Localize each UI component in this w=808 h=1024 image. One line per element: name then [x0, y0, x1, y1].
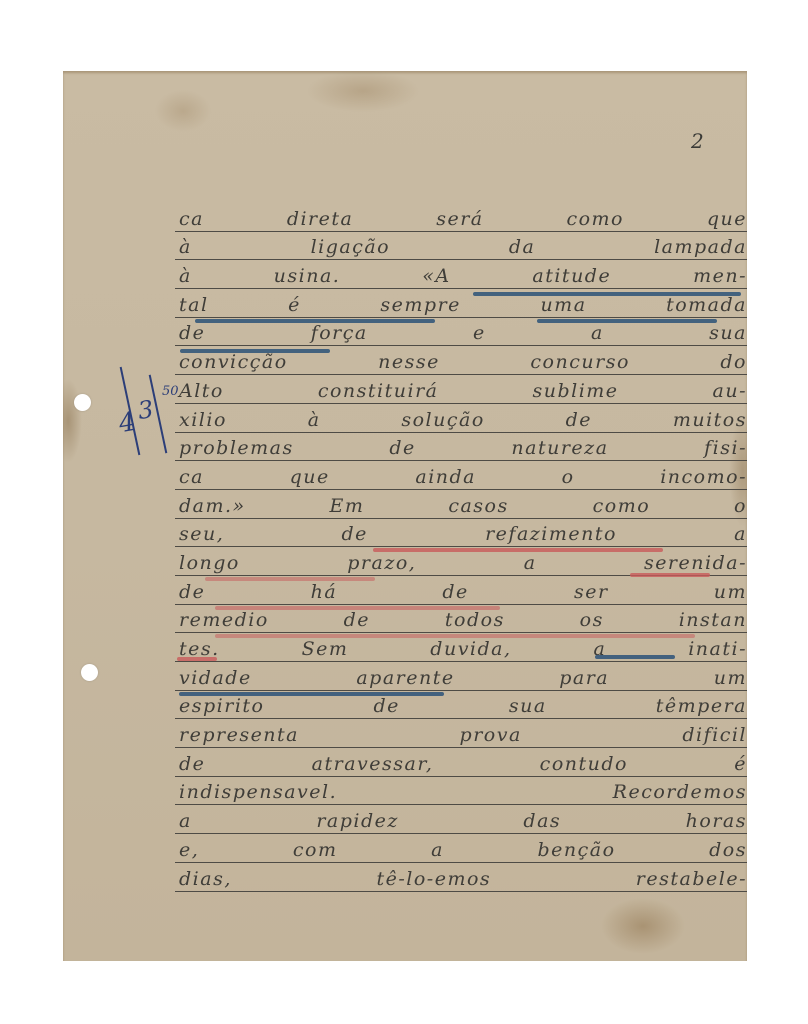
text-line: dias, tê-lo-emos restabele- [175, 863, 747, 892]
margin-date-annotation: 4 3 50 [93, 366, 173, 456]
text-line: à usina. «A atitude men- [175, 260, 747, 289]
text-line: convicção nesse concurso do [175, 346, 747, 375]
text-line: a rapidez das horas [175, 805, 747, 834]
date-month: 3 [136, 395, 155, 425]
text-line: xilio à solução de muitos [175, 404, 747, 433]
text-line: Alto constituirá sublime au- [175, 375, 747, 404]
text-line: vidade aparente para um [175, 662, 747, 691]
punch-hole-top [74, 394, 91, 411]
text-line: tes. Sem duvida, a inati- [175, 633, 747, 662]
text-line: longo prazo, a serenida- [175, 547, 747, 576]
text-line: ca que ainda o incomo- [175, 461, 747, 490]
text-line: de atravessar, contudo é [175, 748, 747, 777]
text-line: de força e a sua [175, 318, 747, 347]
handwritten-text-body: ca direta será como que à ligação da lam… [175, 203, 747, 892]
text-line: de há de ser um [175, 576, 747, 605]
text-line: seu, de refazimento a [175, 519, 747, 548]
text-line: representa prova dificil [175, 719, 747, 748]
red-underline [177, 657, 217, 661]
text-line: remedio de todos os instan [175, 605, 747, 634]
manuscript-page: 2 4 3 50 ca direta será como que à ligaç… [63, 71, 747, 961]
text-line: e, com a benção dos [175, 834, 747, 863]
text-line: problemas de natureza fisi- [175, 433, 747, 462]
page-number: 2 [691, 129, 704, 153]
text-line: ca direta será como que [175, 203, 747, 232]
text-line: indispensavel. Recordemos [175, 777, 747, 806]
text-line: à ligação da lampada [175, 232, 747, 261]
punch-hole-bottom [81, 664, 98, 681]
text-line: espirito de sua têmpera [175, 691, 747, 720]
blue-underline [595, 655, 675, 659]
text-line: dam.» Em casos como o [175, 490, 747, 519]
text-line: tal é sempre uma tomada [175, 289, 747, 318]
